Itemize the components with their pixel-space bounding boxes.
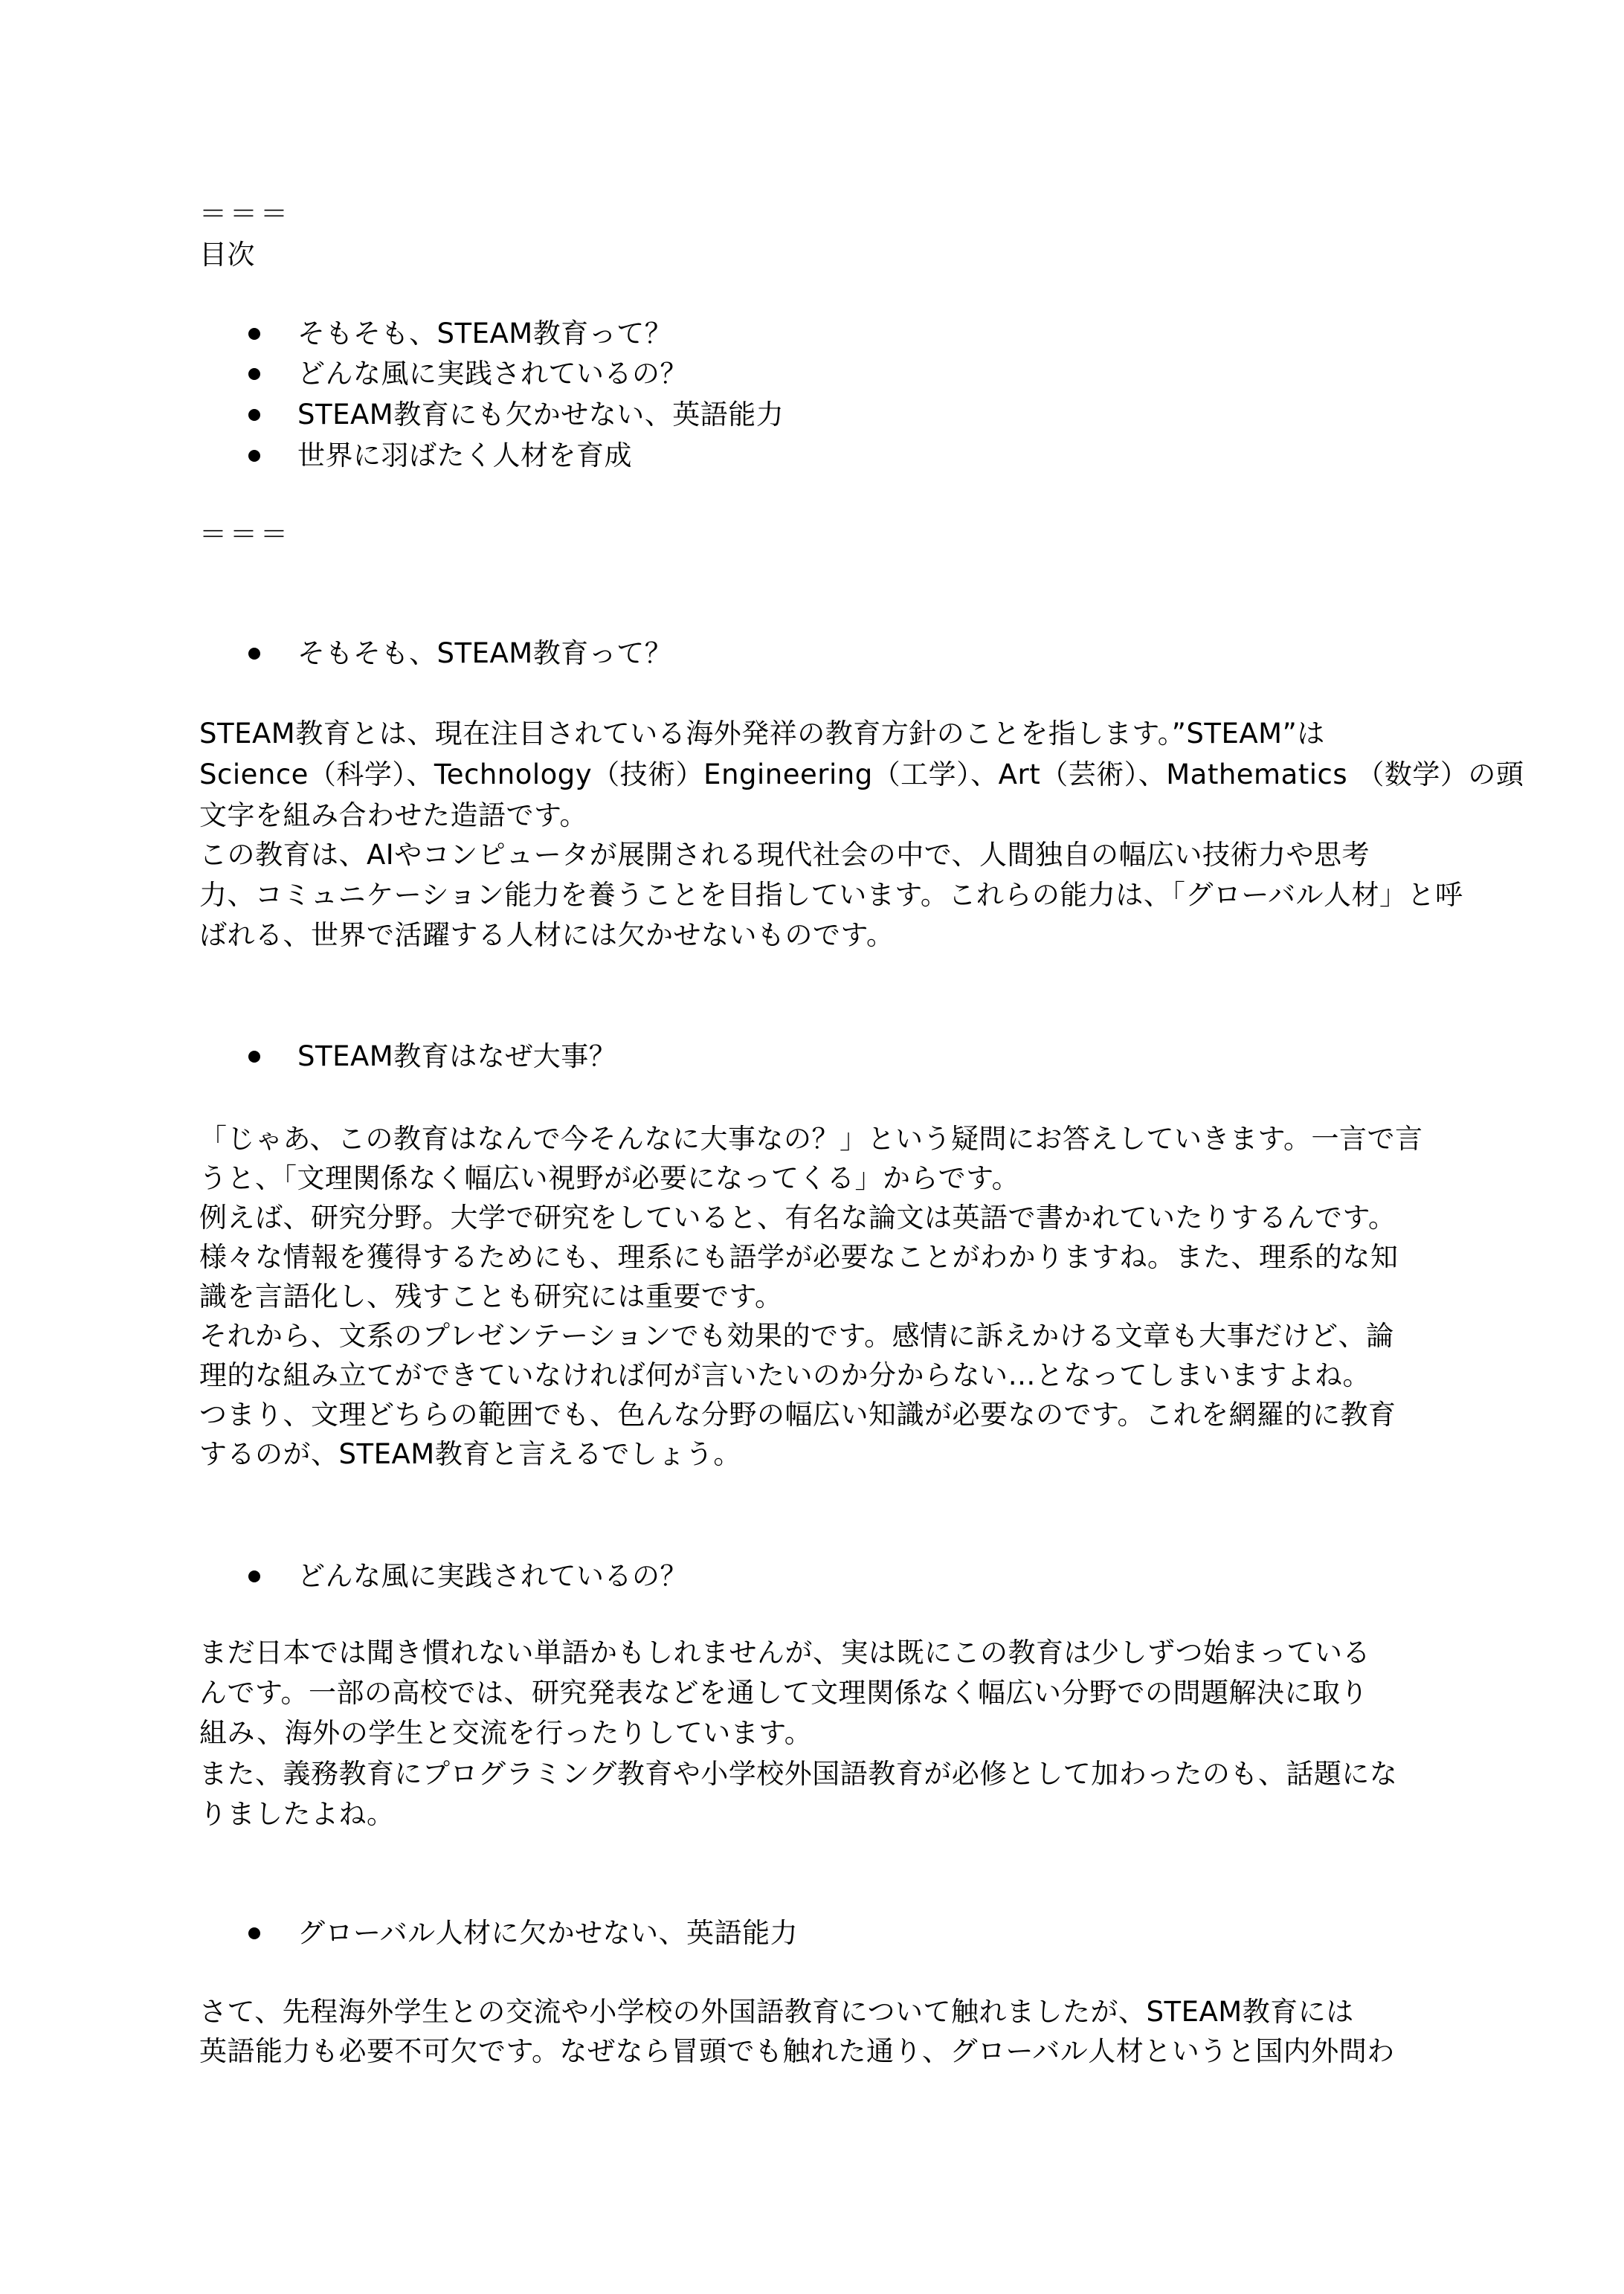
toc-title: 目次 [199, 235, 255, 275]
separator-top: ＝＝＝ [199, 194, 291, 234]
paragraph-line: STEAM教育とは、現在注目されている海外発祥の教育方針のことを指します。”ST… [199, 714, 1325, 754]
paragraph-line: この教育は、AIやコンピュータが展開される現代社会の中で、人間独自の幅広い技術力… [199, 835, 1370, 875]
paragraph-line: それから、文系のプレゼンテーションでも効果的です。感情に訴えかける文章も大事だけ… [199, 1316, 1394, 1356]
section-heading-label: どんな風に実践されているの？ [297, 1556, 688, 1597]
section-heading-label: グローバル人材に欠かせない、英語能力 [297, 1913, 798, 1953]
paragraph-line: 様々な情報を獲得するためにも、理系にも語学が必要なことがわかりますね。また、理系… [199, 1237, 1399, 1278]
bullet-icon [248, 1927, 260, 1939]
section-heading-label: STEAM教育はなぜ大事？ [297, 1037, 616, 1077]
bullet-icon [248, 1570, 260, 1582]
bullet-icon [248, 450, 260, 462]
paragraph-line: また、義務教育にプログラミング教育や小学校外国語教育が必修として加わったのも、話… [199, 1754, 1397, 1794]
paragraph-line: つまり、文理どちらの範囲でも、色んな分野の幅広い知識が必要なのです。これを網羅的… [199, 1395, 1396, 1435]
paragraph-line: 文字を組み合わせた造語です。 [199, 796, 587, 836]
paragraph-line: 識を言語化し、残すことも研究には重要です。 [199, 1277, 783, 1317]
bullet-icon [248, 409, 260, 421]
paragraph-line: 英語能力も必要不可欠です。なぜなら冒頭でも触れた通り、グローバル人材というと国内… [199, 2032, 1395, 2072]
paragraph-line: 例えば、研究分野。大学で研究をしていると、有名な論文は英語で書かれていたりするん… [199, 1198, 1396, 1238]
toc-item-label: どんな風に実践されているの？ [297, 354, 688, 394]
toc-item-label: 世界に羽ばたく人材を育成 [297, 436, 632, 476]
paragraph-line: 組み、海外の学生と交流を行ったりしています。 [199, 1713, 812, 1753]
paragraph-line: 力、コミュニケーション能力を養うことを目指しています。これらの能力は、「グローバ… [199, 875, 1463, 915]
paragraph-line: 理的な組み立てができていなければ何が言いたいのか分からない…となってしまいますよ… [199, 1356, 1370, 1396]
toc-item-label: そもそも、STEAM教育って？ [297, 314, 672, 354]
paragraph-line: りましたよね。 [199, 1794, 395, 1834]
bullet-icon [248, 1051, 260, 1063]
paragraph-line: さて、先程海外学生との交流や小学校の外国語教育について触れましたが、STEAM教… [199, 1992, 1354, 2032]
paragraph-line: 「じゃあ、この教育はなんで今そんなに大事なの？」という疑問にお答えしていきます。… [199, 1119, 1423, 1159]
paragraph-line: Science（科学）、Technology（技術）Engineering（工学… [199, 755, 1524, 795]
bullet-icon [248, 328, 260, 340]
paragraph-line: うと、「文理関係なく幅広い視野が必要になってくる」からです。 [199, 1159, 1019, 1199]
bullet-icon [248, 368, 260, 380]
separator-bottom: ＝＝＝ [199, 515, 291, 555]
bullet-icon [248, 648, 260, 660]
paragraph-line: するのが、STEAM教育と言えるでしょう。 [199, 1434, 741, 1475]
document-page: ＝＝＝ 目次 そもそも、STEAM教育って？ どんな風に実践されているの？ ST… [0, 0, 1624, 2294]
toc-item-label: STEAM教育にも欠かせない、英語能力 [297, 395, 784, 435]
paragraph-line: んです。一部の高校では、研究発表などを通して文理関係なく幅広い分野での問題解決に… [199, 1673, 1368, 1713]
paragraph-line: まだ日本では聞き慣れない単語かもしれませんが、実は既にこの教育は少しずつ始まって… [199, 1633, 1370, 1673]
section-heading-label: そもそも、STEAM教育って？ [297, 634, 672, 674]
paragraph-line: ばれる、世界で活躍する人材には欠かせないものです。 [199, 915, 895, 956]
